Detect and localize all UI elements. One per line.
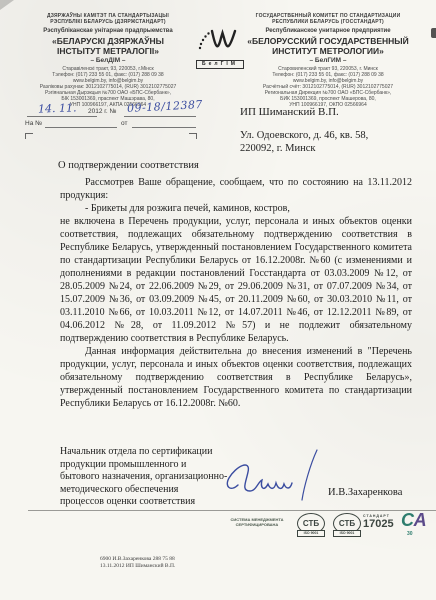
stb-iso9001-mark-1: СТБ ISO 9001 — [297, 513, 325, 534]
date-underline — [27, 116, 97, 117]
body-paragraph-3: Данная информация действительна до внесе… — [60, 345, 412, 410]
reply-from-label: от — [121, 120, 127, 127]
signer-name: И.В.Захаренкова — [328, 487, 402, 498]
letter-body: Рассмотрев Ваше обращение, сообщаем, что… — [60, 176, 412, 410]
org-type-by: Рэспубліканскае унітарнае прадпрыемства — [12, 28, 204, 34]
standard-17025-mark: СТАНДАРТ 17025 — [363, 514, 394, 530]
printed-year-number-label: 2012 г. № — [88, 108, 116, 115]
stb-mark-2-text: СТБ — [339, 519, 355, 528]
number-underline — [124, 116, 196, 117]
address-zone-corner-right — [189, 133, 197, 139]
handwritten-signature — [222, 445, 332, 512]
institute-name-by: «БЕЛАРУСКІ ДЗЯРЖАЎНЫ ІНСТЫТУТ МЕТРАЛОГІІ… — [12, 36, 204, 56]
body-list-item: - Брикеты для розжига печей, каминов, ко… — [60, 202, 412, 215]
standard-number: 17025 — [363, 518, 394, 530]
org-type-ru: Республиканское унитарное предприятие — [232, 28, 424, 34]
accreditation-ca-logo: СА 30 — [401, 507, 427, 533]
stb-iso9001-mark-2: СТБ ISO 9001 — [333, 513, 361, 534]
scan-edge-mark — [431, 28, 436, 38]
institute-short-name-ru: – БелГИМ – — [232, 57, 424, 64]
ca-logo-letter-a: А — [414, 510, 427, 530]
contact-details-ru: Старовиленский тракт 93, 220053, г. Минс… — [232, 66, 424, 108]
ca-logo-number: 30 — [407, 521, 413, 547]
stb-mark-2-subtext: ISO 9001 — [333, 530, 361, 537]
letter-subject: О подтверждении соответствия — [58, 160, 199, 171]
scanned-letter-page: { "letterhead": { "left": { "committee_l… — [0, 0, 436, 600]
addressee-address: Ул. Одоевского, д. 46, кв. 58, 220092, г… — [240, 130, 368, 155]
reply-number-underline — [45, 127, 117, 128]
letterhead-right-column: ГОСУДАРСТВЕННЫЙ КОМИТЕТ ПО СТАНДАРТИЗАЦИ… — [232, 13, 424, 108]
letterhead-left-column: ДЗЯРЖАЎНЫ КАМІТЭТ ПА СТАНДАРТЫЗАЦЫІ РЭСП… — [12, 13, 204, 108]
scan-corner-smudge — [0, 0, 14, 10]
signer-job-title: Начальник отдела по сертификации продукц… — [60, 446, 227, 509]
executor-footnote: 6900 И.В.Захаренкова 288 75 88 13.11.201… — [100, 556, 175, 569]
body-paragraph-1: Рассмотрев Ваше обращение, сообщаем, что… — [60, 176, 412, 202]
reply-to-number-label: На № — [25, 120, 42, 127]
committee-name-by: ДЗЯРЖАЎНЫ КАМІТЭТ ПА СТАНДАРТЫЗАЦЫІ РЭСП… — [12, 13, 204, 25]
committee-name-ru: ГОСУДАРСТВЕННЫЙ КОМИТЕТ ПО СТАНДАРТИЗАЦИ… — [232, 13, 424, 25]
stb-mark-1-text: СТБ — [303, 519, 319, 528]
fold-line — [28, 510, 436, 511]
institute-name-ru: «БЕЛОРУССКИЙ ГОСУДАРСТВЕННЫЙ ИНСТИТУТ МЕ… — [232, 36, 424, 56]
body-paragraph-2: не включена в Перечень продукции, услуг,… — [60, 215, 412, 345]
handwritten-outgoing-number: 09-18/12387 — [127, 98, 203, 115]
addressee-name: ИП Шиманский В.П. — [240, 106, 339, 118]
stb-mark-1-subtext: ISO 9001 — [297, 530, 325, 537]
address-zone-corner-left — [25, 133, 33, 139]
management-system-certified-label: СИСТЕМА МЕНЕДЖМЕНТА СЕРТИФИЦИРОВАНА — [226, 517, 288, 527]
handwritten-date: 14. 11. — [38, 101, 77, 115]
reply-date-underline — [132, 127, 196, 128]
institute-short-name-by: – БелДІМ – — [12, 57, 204, 64]
